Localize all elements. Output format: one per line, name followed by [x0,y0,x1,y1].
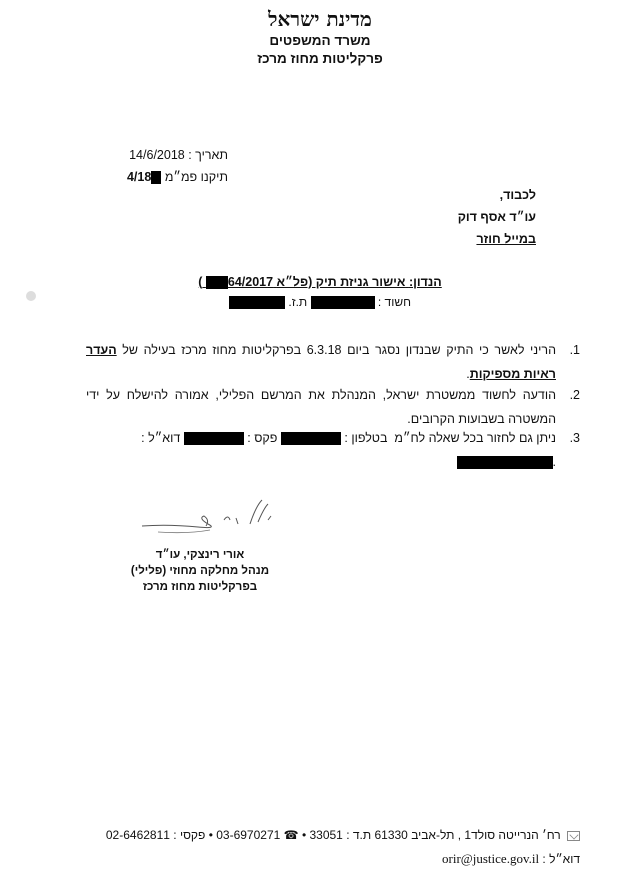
item-number: 3. [570,426,580,450]
footer-fax: 02-6462811 [106,828,170,842]
bullet-icon: • [302,828,306,842]
subject-text: אישור גניזת תיק (פל״א [277,275,406,289]
delivery-method: במייל חוזר [458,228,536,250]
redaction-bar [151,171,161,184]
letterhead-office: פרקליטות מחוז מרכז [0,50,640,68]
suspect-line: חשוד : ת.ז. [0,292,640,312]
date-label: תאריך : [188,148,228,162]
footer-fax-label: פקסי : [173,828,205,842]
footer-phone: 03-6970271 [216,828,280,842]
bullet-icon: • [209,828,213,842]
subject-close: ) [198,275,202,289]
subject-line: הנדון: אישור גניזת תיק (פל״א 64/2017 ) [0,271,640,293]
footer-email[interactable]: orir@justice.gov.il [442,851,539,866]
redaction-bar [229,296,285,309]
footer-email-label: דוא״ל : [542,852,580,866]
list-item: 3. ניתן גם לחזור בכל שאלה לח״מ בטלפון : … [86,426,556,474]
letterhead-ministry: משרד המשפטים [0,32,640,50]
date-value: 14/6/2018 [129,148,185,162]
signer-name: אורי רינצקי, עו״ד [100,547,300,563]
recipient-name: עו״ד אסף דוק [458,206,536,228]
telephone-icon: ☎ [284,828,299,842]
date-reference-block: תאריך : 14/6/2018 תיקנו פמ״מ 4/18 [127,144,228,188]
recipient-block: לכבוד, עו״ד אסף דוק במייל חוזר [458,184,536,250]
item-number: 2. [570,383,580,407]
envelope-icon [567,831,580,841]
email-label: דוא״ל : [141,431,180,445]
case-number: 64/2017 [206,275,273,289]
list-item: 2. הודעה לחשוד ממשטרת ישראל, המנהלת את ה… [86,383,556,431]
footer-address: רח׳ הנרייטה סולד1 , תל-אביב 61330 ת.ד : … [309,828,560,842]
phone-label: בטלפון : [344,431,387,445]
scan-artifact [26,291,36,301]
salutation: לכבוד, [458,184,536,206]
signature-block: אורי רינצקי, עו״ד מנהל מחלקה מחוזי (פליל… [100,547,300,595]
reference-label: תיקנו פמ״מ [165,170,228,184]
item-text: הודעה לחשוד ממשטרת ישראל, המנהלת את המרש… [86,388,556,426]
signer-office: בפרקליטות מחוז מרכז [100,579,300,595]
redaction-bar [206,276,228,289]
item-text: הריני לאשר כי התיק שבנדון נסגר ביום 6.3.… [122,343,556,357]
reference-line: תיקנו פמ״מ 4/18 [127,166,228,188]
handwritten-signature [138,496,278,536]
redaction-bar [311,296,375,309]
fax-label: פקס : [247,431,277,445]
letterhead: מדינת ישראל משרד המשפטים פרקליטות מחוז מ… [0,6,640,68]
item-number: 1. [570,338,580,362]
redaction-bar [281,432,341,445]
signer-title: מנהל מחלקה מחוזי (פלילי) [100,563,300,579]
redaction-bar [457,456,553,469]
subject-prefix: הנדון: [409,275,442,289]
item-text: ניתן גם לחזור בכל שאלה לח״מ [394,431,556,445]
id-label: ת.ז. [288,295,307,309]
suspect-label: חשוד : [378,295,411,309]
footer-email-line: דוא״ל : orir@justice.gov.il [106,847,580,871]
footer-contact: רח׳ הנרייטה סולד1 , תל-אביב 61330 ת.ד : … [106,823,580,871]
reference-value: 4/18 [127,170,161,184]
date-line: תאריך : 14/6/2018 [127,144,228,166]
footer-address-line: רח׳ הנרייטה סולד1 , תל-אביב 61330 ת.ד : … [106,823,580,847]
list-item: 1. הריני לאשר כי התיק שבנדון נסגר ביום 6… [86,338,556,386]
letterhead-state: מדינת ישראל [0,6,640,32]
redaction-bar [184,432,244,445]
